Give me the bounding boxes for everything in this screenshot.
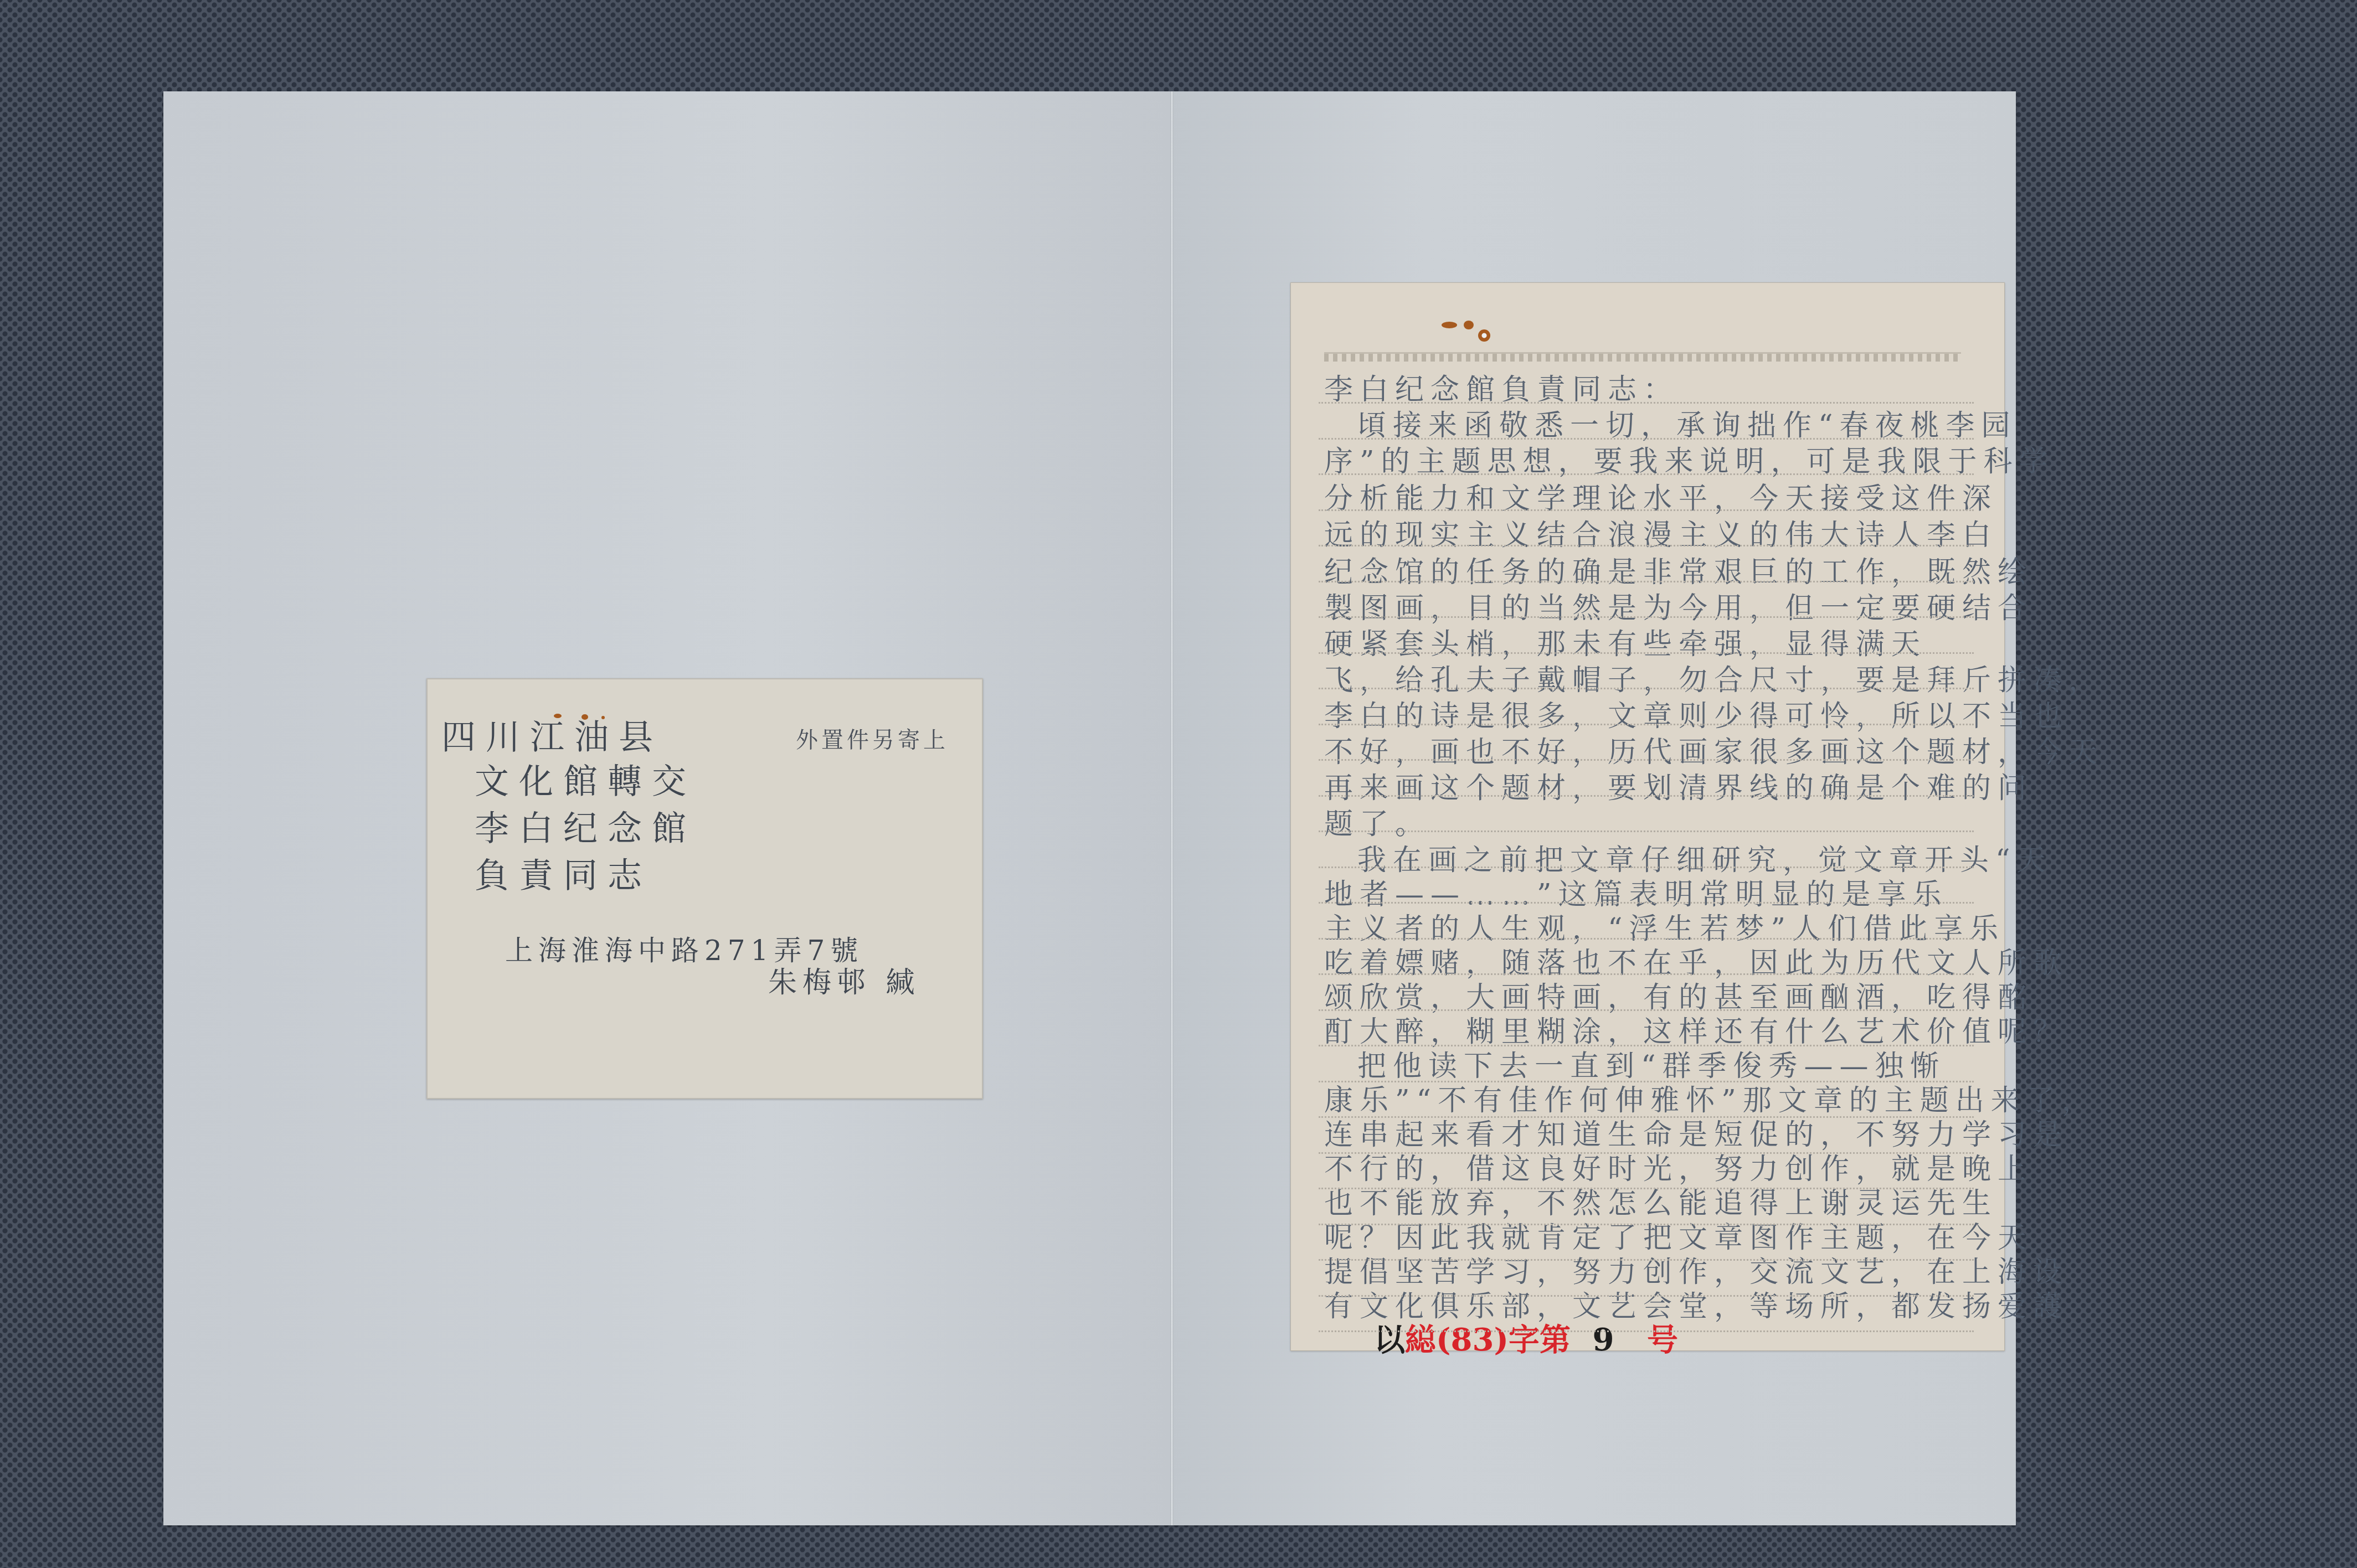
letter-salutation: 李白纪念館負責同志：: [1324, 366, 1679, 408]
ruled-line: [1319, 759, 1974, 761]
letter-line: 製图画，目的当然是为今用，但一定要硬结合: [1324, 585, 2033, 626]
letter-line: 不好，画也不好，历代画家很多画这个题材，今天: [1324, 729, 2104, 770]
letter-line: 远的现实主义结合浪漫主义的伟大诗人李白: [1324, 512, 1998, 553]
envelope-address-line-2: 文化館轉交: [475, 754, 696, 803]
ruled-line: [1319, 473, 1974, 475]
letter-line: 纪念馆的任务的确是非常艰巨的工作，既然绘: [1324, 549, 2033, 590]
envelope-address-line-3: 李白纪念館: [475, 801, 696, 850]
ruled-line: [1319, 902, 1974, 904]
stamp-suffix: 号: [1647, 1322, 1678, 1358]
photo-background: { "envelope": { "address_lines": [ "四川江油…: [0, 0, 2357, 1568]
ruled-line: [1319, 938, 1974, 940]
letter-line: 李白的诗是很多，文章则少得可怜，所以不当也: [1324, 693, 2068, 734]
letter-line: 再来画这个题材，要划清界线的确是个难的问: [1324, 765, 2033, 806]
stamp-prefix: 以: [1374, 1322, 1405, 1358]
rust-stain: [1442, 322, 1457, 328]
stamp-label: 縂(83)字第: [1405, 1322, 1571, 1358]
ruled-line: [1319, 724, 1974, 725]
ruled-line: [1319, 402, 1974, 404]
envelope-address-line-4: 負責同志: [475, 848, 652, 898]
ruled-line: [1319, 1188, 1974, 1189]
ruled-line: [1319, 652, 1974, 654]
envelope: 四川江油县 文化館轉交 李白纪念館 負責同志 外置件另寄上 上海淮海中路271弄…: [426, 678, 983, 1099]
archive-stamp: 以縂(83)字第 9 号: [1374, 1316, 1678, 1360]
letterhead-border: [1324, 352, 1961, 362]
ruled-line: [1319, 1116, 1974, 1118]
letter-sheet: 李白纪念館負責同志： 頃接来函敬悉一切，承询拙作“春夜桃李园 序”的主题思想，要…: [1290, 282, 2005, 1351]
rust-stain: [1478, 329, 1490, 342]
ruled-line: [1319, 1295, 1974, 1297]
letter-line: 飞，给孔夫子戴帽子，勿合尺寸，要是拜斤拼凑，: [1324, 657, 2104, 698]
ruled-line: [1319, 545, 1974, 546]
ruled-line: [1319, 616, 1974, 618]
folder-spine: [1170, 91, 1174, 1525]
ruled-line: [1319, 1259, 1974, 1261]
envelope-note: 外置件另寄上: [796, 723, 949, 754]
envelope-address-line-1: 四川江油县: [441, 710, 663, 759]
ruled-line: [1319, 509, 1974, 511]
ruled-line: [1319, 1224, 1974, 1225]
ruled-line: [1319, 438, 1974, 440]
ruled-line: [1319, 1045, 1974, 1046]
letter-line: 硬紧套头梢，那未有些牵强，显得满天: [1324, 621, 1927, 662]
ruled-line: [1319, 795, 1974, 797]
rust-stain: [1464, 321, 1474, 329]
ruled-line: [1319, 1152, 1974, 1154]
ruled-line: [1319, 866, 1974, 868]
ruled-line: [1319, 1009, 1974, 1011]
ruled-line: [1319, 688, 1974, 689]
ruled-line: [1319, 973, 1974, 975]
letter-line: 题了。: [1324, 801, 1430, 842]
ruled-line: [1319, 1330, 1974, 1332]
ruled-line: [1319, 1081, 1974, 1082]
sender-name: 朱梅邨 緘: [768, 959, 920, 1000]
stamp-number: 9: [1592, 1322, 1614, 1358]
ruled-line: [1319, 831, 1974, 832]
ruled-line: [1319, 581, 1974, 582]
